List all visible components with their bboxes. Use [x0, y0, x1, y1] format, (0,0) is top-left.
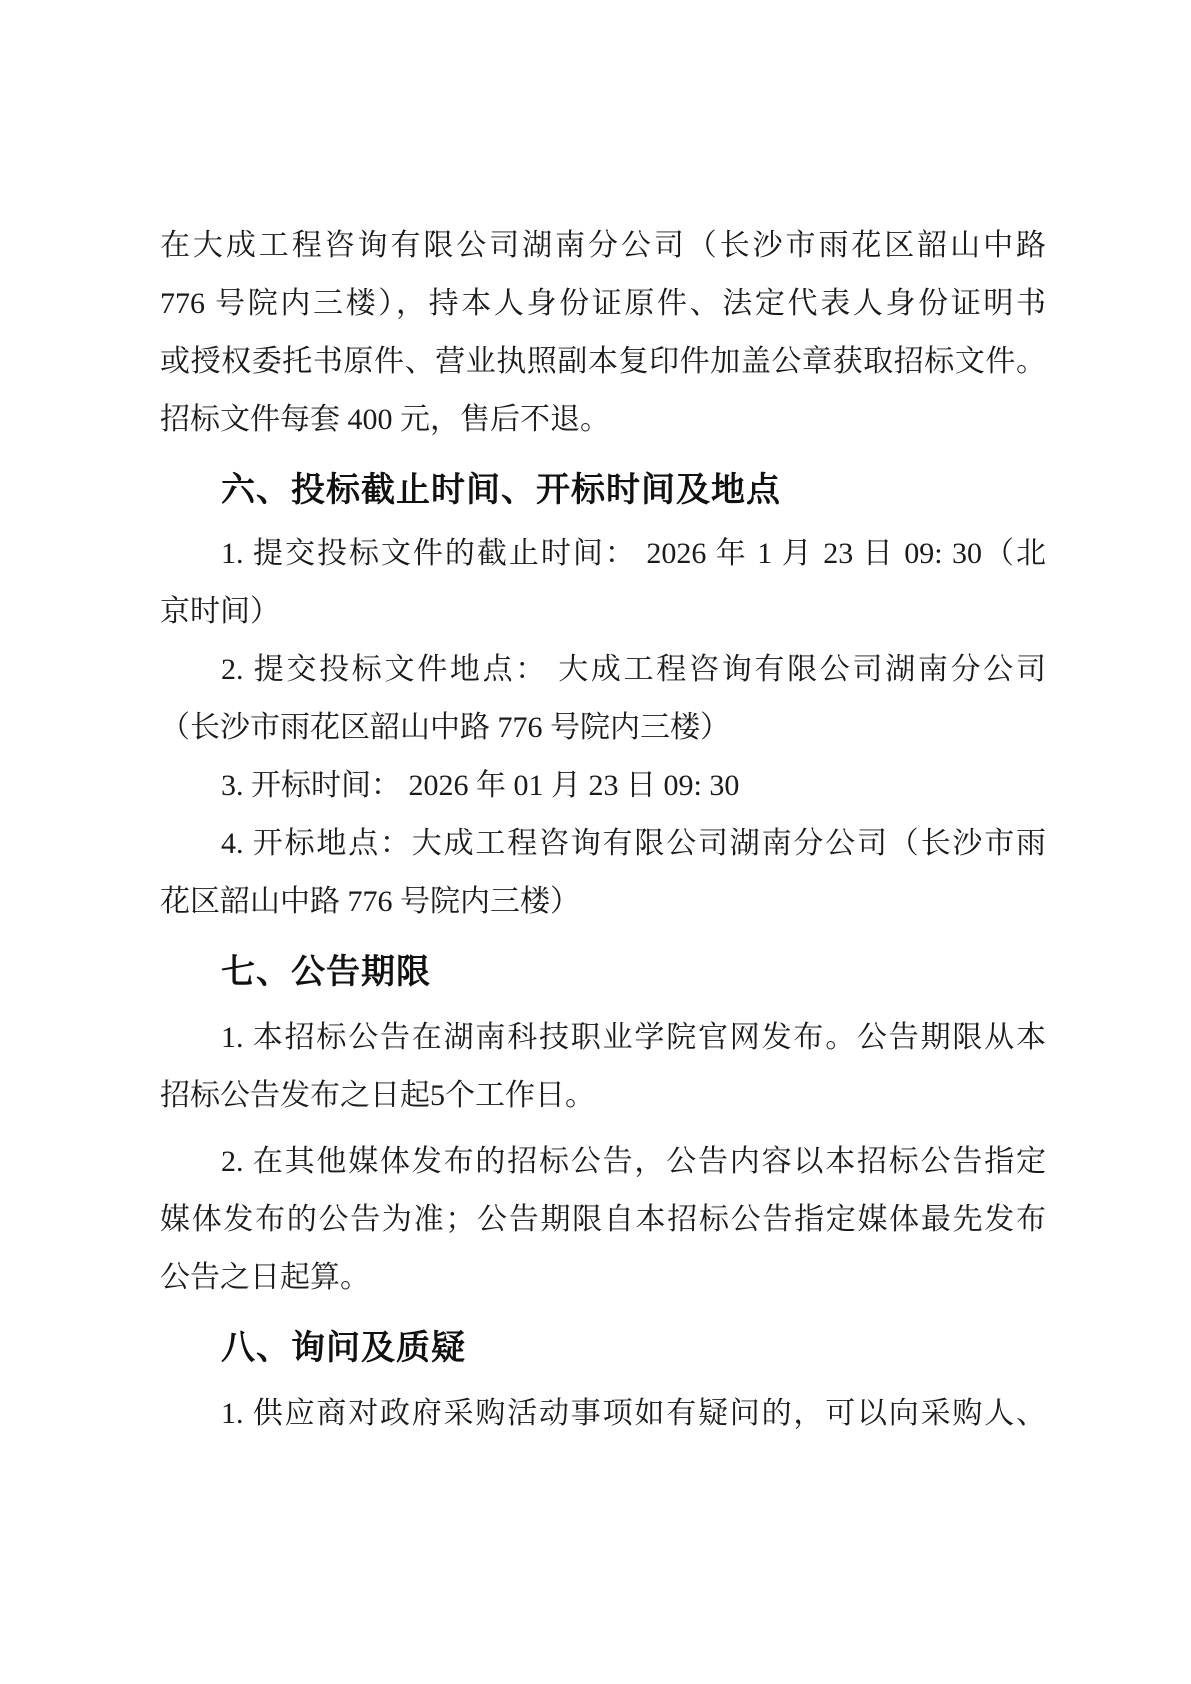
paragraph-document-acquisition: 在大成工程咨询有限公司湖南分公司（长沙市雨花区韶山中路 776 号院内三楼），持… [160, 217, 1046, 449]
text-line: 公告之日起算。 [160, 1249, 1046, 1307]
text-line: 招标文件每套 400 元，售后不退。 [160, 391, 1046, 449]
text-line: 或授权委托书原件、营业执照副本复印件加盖公章获取招标文件。 [160, 333, 1046, 391]
text-line: 4. 开标地点：大成工程咨询有限公司湖南分公司（长沙市雨 [160, 815, 1046, 873]
section-heading-8-inquiry-and-challenge: 八、询问及质疑 [160, 1319, 1046, 1377]
text-line: 媒体发布的公告为准；公告期限自本招标公告指定媒体最先发布 [160, 1191, 1046, 1249]
section-heading-6-bid-deadline: 六、投标截止时间、开标时间及地点 [160, 461, 1046, 519]
text-line: 776 号院内三楼），持本人身份证原件、法定代表人身份证明书 [160, 275, 1046, 333]
paragraph-announcement-publication: 1. 本招标公告在湖南科技职业学院官网发布。公告期限从本 招标公告发布之日起5个… [160, 1009, 1046, 1125]
paragraph-bid-opening-time: 3. 开标时间： 2026 年 01 月 23 日 09: 30 [160, 757, 1046, 815]
text-line: 京时间） [160, 583, 1046, 641]
text-line: 招标公告发布之日起5个工作日。 [160, 1067, 1046, 1125]
text-line: 2. 提交投标文件地点： 大成工程咨询有限公司湖南分公司 [160, 641, 1046, 699]
text-line: 花区韶山中路 776 号院内三楼） [160, 873, 1046, 931]
text-line: 1. 供应商对政府采购活动事项如有疑问的，可以向采购人、 [160, 1385, 1046, 1443]
paragraph-submission-location: 2. 提交投标文件地点： 大成工程咨询有限公司湖南分公司 （长沙市雨花区韶山中路… [160, 641, 1046, 757]
document-content: 在大成工程咨询有限公司湖南分公司（长沙市雨花区韶山中路 776 号院内三楼），持… [160, 217, 1046, 1443]
text-line: 1. 提交投标文件的截止时间： 2026 年 1 月 23 日 09: 30（北 [160, 525, 1046, 583]
paragraph-bid-opening-location: 4. 开标地点：大成工程咨询有限公司湖南分公司（长沙市雨 花区韶山中路 776 … [160, 815, 1046, 931]
paragraph-other-media-announcement: 2. 在其他媒体发布的招标公告，公告内容以本招标公告指定 媒体发布的公告为准；公… [160, 1133, 1046, 1307]
text-line: 2. 在其他媒体发布的招标公告，公告内容以本招标公告指定 [160, 1133, 1046, 1191]
text-line: 3. 开标时间： 2026 年 01 月 23 日 09: 30 [160, 757, 1046, 815]
section-heading-7-announcement-period: 七、公告期限 [160, 943, 1046, 1001]
text-line: 在大成工程咨询有限公司湖南分公司（长沙市雨花区韶山中路 [160, 217, 1046, 275]
document-page: 在大成工程咨询有限公司湖南分公司（长沙市雨花区韶山中路 776 号院内三楼），持… [0, 0, 1191, 1684]
paragraph-supplier-inquiry: 1. 供应商对政府采购活动事项如有疑问的，可以向采购人、 [160, 1385, 1046, 1443]
paragraph-submission-deadline: 1. 提交投标文件的截止时间： 2026 年 1 月 23 日 09: 30（北… [160, 525, 1046, 641]
text-line: （长沙市雨花区韶山中路 776 号院内三楼） [160, 699, 1046, 757]
text-line: 1. 本招标公告在湖南科技职业学院官网发布。公告期限从本 [160, 1009, 1046, 1067]
